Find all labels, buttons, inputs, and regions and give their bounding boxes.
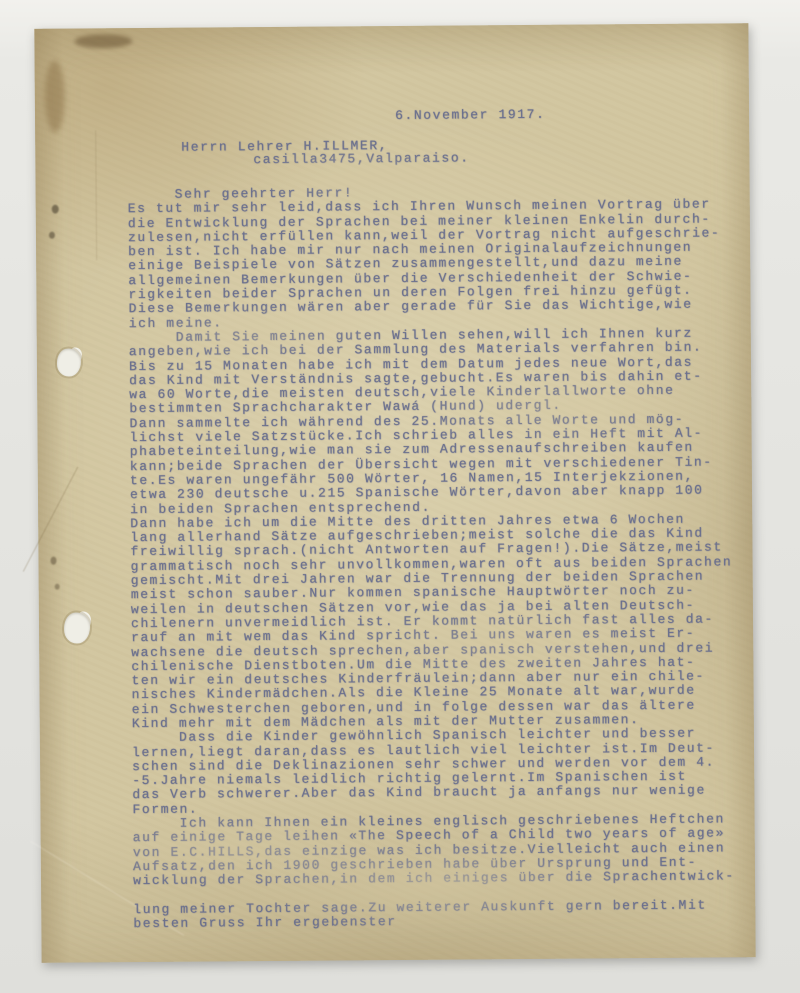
letter-date: 6.November 1917. xyxy=(395,107,546,123)
letter-page: 6.November 1917. Herrn Lehrer H.ILLMER, … xyxy=(34,23,755,963)
recipient-block: Herrn Lehrer H.ILLMER, casilla3475,Valpa… xyxy=(34,23,748,29)
edge-speck xyxy=(49,232,55,239)
crease-line xyxy=(23,467,78,572)
letter-body: Sehr geehrter Herr! Es tut mir sehr leid… xyxy=(128,183,736,931)
edge-speck xyxy=(52,205,59,214)
recipient-address: casilla3475,Valparaiso. xyxy=(253,150,469,167)
edge-speck xyxy=(50,557,56,565)
left-edge-stain xyxy=(45,61,66,133)
scan-background: { "letter": { "date": "6.November 1917."… xyxy=(0,0,800,993)
punch-hole-bottom xyxy=(64,612,90,643)
punch-hole-top xyxy=(57,348,81,376)
corner-stain xyxy=(74,34,132,48)
edge-speck xyxy=(55,584,60,590)
fold-line xyxy=(95,130,97,260)
